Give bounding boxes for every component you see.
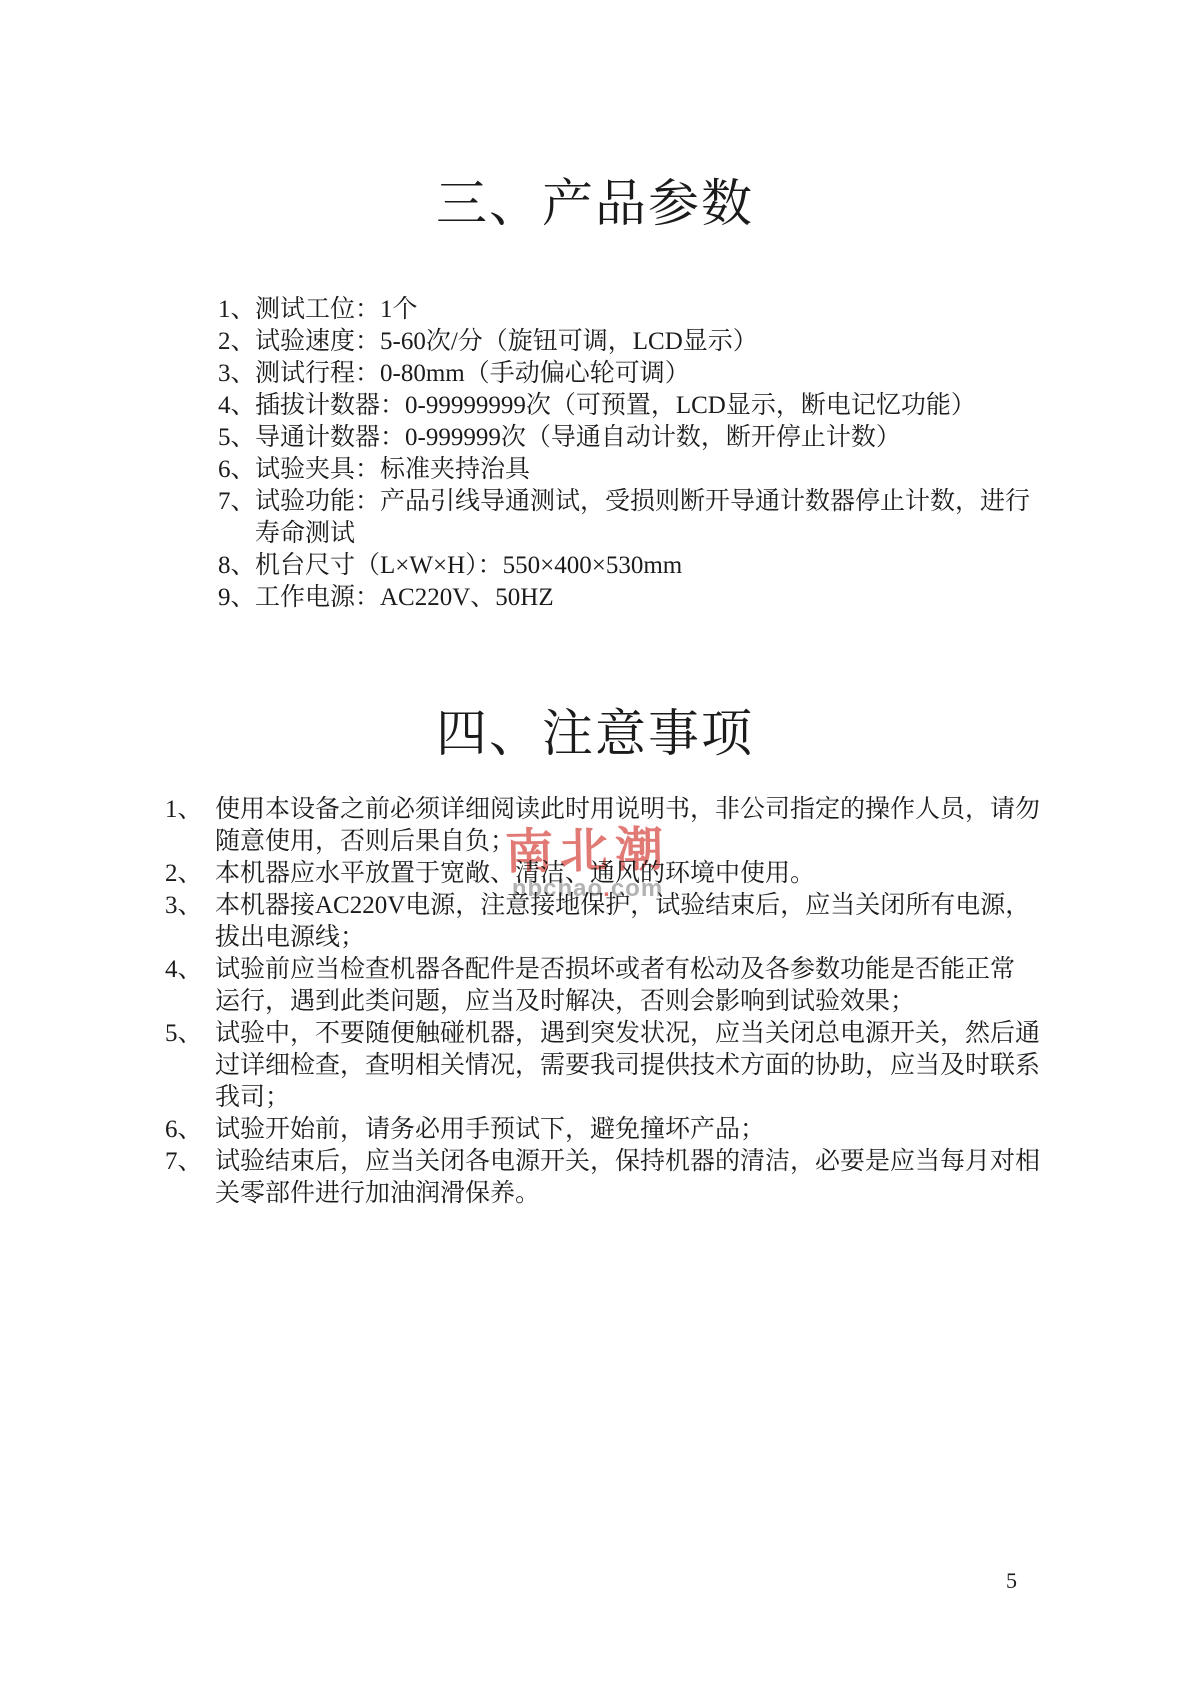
section3-title: 三、产品参数 (0, 162, 1190, 236)
item-number: 8、 (218, 550, 255, 582)
item-number: 1、 (165, 794, 215, 826)
list-item: 3、测试行程：0-80mm（手动偏心轮可调） (218, 358, 998, 390)
list-item: 7、试验结束后，应当关闭各电源开关，保持机器的清洁，必要是应当每月对相 (165, 1146, 1085, 1178)
item-number: 7、 (218, 486, 255, 518)
list-item: 1、测试工位：1个 (218, 294, 998, 326)
item-number: 6、 (218, 454, 255, 486)
item-text: 导通计数器：0-999999次（导通自动计数，断开停止计数） (255, 424, 901, 451)
item-number: 7、 (165, 1146, 215, 1178)
item-number: 5、 (165, 1018, 215, 1050)
list-item: 3、本机器接AC220V电源，注意接地保护，试验结束后，应当关闭所有电源， (165, 890, 1085, 922)
item-text: 测试行程：0-80mm（手动偏心轮可调） (255, 360, 690, 387)
item-text: 试验中，不要随便触碰机器，遇到突发状况，应当关闭总电源开关，然后通 (215, 1020, 1040, 1047)
list-item-continuation: 寿命测试 (218, 518, 998, 550)
item-text: 插拔计数器：0-99999999次（可预置，LCD显示，断电记忆功能） (255, 392, 976, 419)
item-text: 试验结束后，应当关闭各电源开关，保持机器的清洁，必要是应当每月对相 (215, 1148, 1040, 1175)
item-text-continued: 我司； (215, 1084, 290, 1111)
page-number: 5 (1006, 1568, 1017, 1594)
list-item: 5、导通计数器：0-999999次（导通自动计数，断开停止计数） (218, 422, 998, 454)
list-item: 4、试验前应当检查机器各配件是否损坏或者有松动及各参数功能是否能正常 (165, 954, 1085, 986)
list-item: 4、插拔计数器：0-99999999次（可预置，LCD显示，断电记忆功能） (218, 390, 998, 422)
item-text-continued: 寿命测试 (255, 520, 355, 547)
list-item: 2、本机器应水平放置于宽敞、清洁、通风的环境中使用。 (165, 858, 1085, 890)
item-text: 试验速度：5-60次/分（旋钮可调，LCD显示） (255, 328, 758, 355)
item-number: 4、 (218, 390, 255, 422)
item-text: 使用本设备之前必须详细阅读此时用说明书，非公司指定的操作人员，请勿 (215, 796, 1040, 823)
list-item: 1、使用本设备之前必须详细阅读此时用说明书，非公司指定的操作人员，请勿 (165, 794, 1085, 826)
item-text-continued: 过详细检查，查明相关情况，需要我司提供技术方面的协助，应当及时联系 (215, 1052, 1040, 1079)
item-text: 机台尺寸（L×W×H）：550×400×530mm (255, 552, 682, 579)
item-text: 工作电源：AC220V、50HZ (255, 584, 554, 611)
list-item: 6、试验开始前，请务必用手预试下，避免撞坏产品； (165, 1114, 1085, 1146)
section4-title: 四、注意事项 (0, 692, 1190, 766)
list-item: 9、工作电源：AC220V、50HZ (218, 582, 998, 614)
item-number: 6、 (165, 1114, 215, 1146)
item-text: 测试工位：1个 (255, 296, 418, 323)
item-number: 9、 (218, 582, 255, 614)
item-number: 3、 (218, 358, 255, 390)
item-number: 1、 (218, 294, 255, 326)
item-text-continued: 拔出电源线； (215, 924, 365, 951)
list-item: 6、试验夹具：标准夹持治具 (218, 454, 998, 486)
list-item: 8、机台尺寸（L×W×H）：550×400×530mm (218, 550, 998, 582)
item-text: 试验功能：产品引线导通测试，受损则断开导通计数器停止计数，进行 (255, 488, 1030, 515)
item-text-continued: 运行，遇到此类问题，应当及时解决，否则会影响到试验效果； (215, 988, 915, 1015)
list-item-continuation: 拔出电源线； (165, 922, 1085, 954)
list-item: 2、试验速度：5-60次/分（旋钮可调，LCD显示） (218, 326, 998, 358)
list-item-continuation: 关零部件进行加油润滑保养。 (165, 1178, 1085, 1210)
item-number: 2、 (165, 858, 215, 890)
item-text: 本机器接AC220V电源，注意接地保护，试验结束后，应当关闭所有电源， (215, 892, 1030, 919)
list-item-continuation: 运行，遇到此类问题，应当及时解决，否则会影响到试验效果； (165, 986, 1085, 1018)
item-number: 4、 (165, 954, 215, 986)
item-number: 2、 (218, 326, 255, 358)
item-number: 5、 (218, 422, 255, 454)
item-text: 试验夹具：标准夹持治具 (255, 456, 530, 483)
product-parameters-list: 1、测试工位：1个 2、试验速度：5-60次/分（旋钮可调，LCD显示） 3、测… (218, 294, 998, 614)
item-text: 本机器应水平放置于宽敞、清洁、通风的环境中使用。 (215, 860, 815, 887)
item-text: 试验开始前，请务必用手预试下，避免撞坏产品； (215, 1116, 765, 1143)
list-item-continuation: 过详细检查，查明相关情况，需要我司提供技术方面的协助，应当及时联系 (165, 1050, 1085, 1082)
manual-page: 三、产品参数 1、测试工位：1个 2、试验速度：5-60次/分（旋钮可调，LCD… (0, 0, 1200, 1696)
list-item-continuation: 我司； (165, 1082, 1085, 1114)
item-text: 试验前应当检查机器各配件是否损坏或者有松动及各参数功能是否能正常 (215, 956, 1015, 983)
item-text-continued: 关零部件进行加油润滑保养。 (215, 1180, 540, 1207)
item-text-continued: 随意使用，否则后果自负； (215, 828, 515, 855)
item-number: 3、 (165, 890, 215, 922)
list-item: 7、试验功能：产品引线导通测试，受损则断开导通计数器停止计数，进行 (218, 486, 998, 518)
list-item: 5、试验中，不要随便触碰机器，遇到突发状况，应当关闭总电源开关，然后通 (165, 1018, 1085, 1050)
precautions-list: 1、使用本设备之前必须详细阅读此时用说明书，非公司指定的操作人员，请勿 随意使用… (165, 794, 1085, 1210)
list-item-continuation: 随意使用，否则后果自负； (165, 826, 1085, 858)
